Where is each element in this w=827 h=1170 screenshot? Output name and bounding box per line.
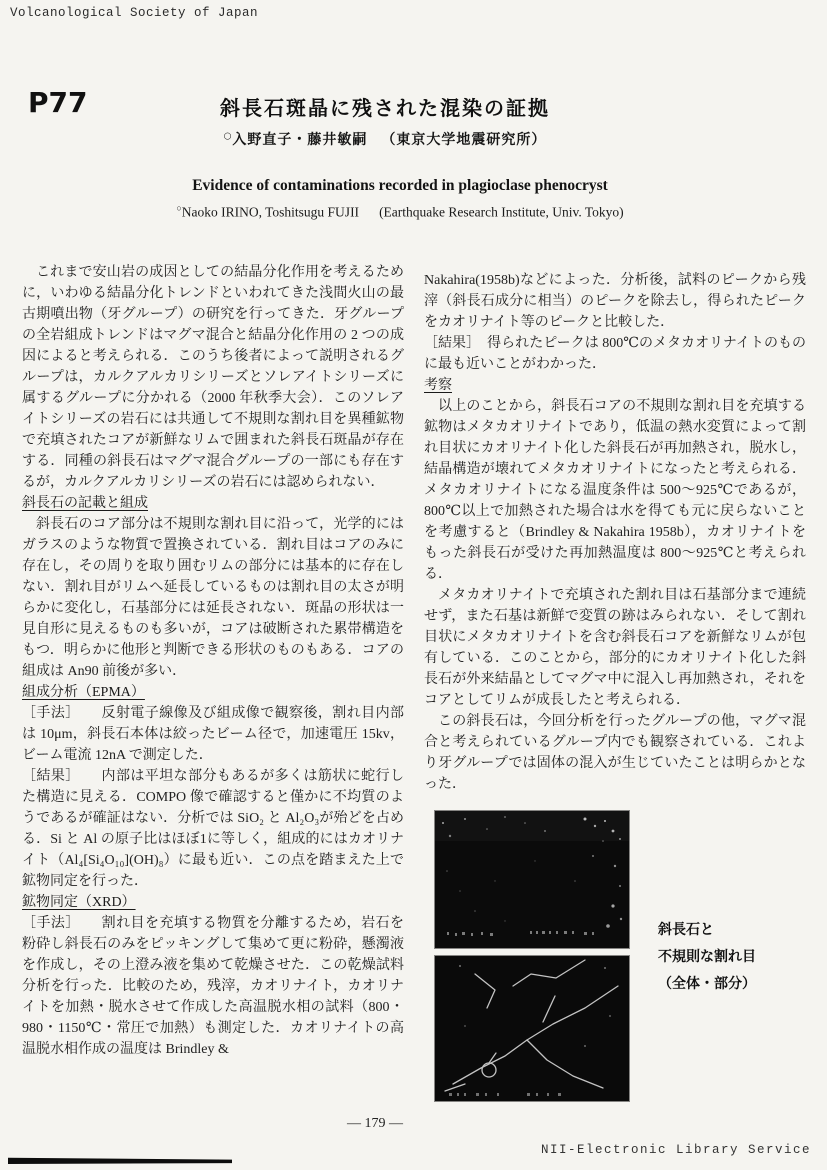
discussion-paragraph-3: この斜長石は，今回分析を行ったグループの他，マグマ混合と考えられているグループ内… (424, 711, 806, 795)
discussion-paragraph-2: メタカオリナイトで充填された割れ目は石基部分まで連続せず，また石基は新鮮で変質の… (424, 585, 806, 711)
section-heading-discussion: 考察 (424, 375, 806, 396)
page-title-english: Evidence of contaminations recorded in p… (100, 177, 700, 195)
author-names-en: Naoko IRINO, Toshitsugu FUJII (182, 205, 359, 220)
epma-method-paragraph: ［手法］ 反射電子線像及び組成像で観察後，割れ目内部は 10μm，斜長石本体は絞… (22, 703, 404, 766)
page-number: — 179 — (320, 1116, 430, 1132)
figure-caption-line: （全体・部分） (658, 971, 756, 998)
scan-artifact-bar (8, 1157, 232, 1164)
intro-paragraph: これまで安山岩の成因としての結晶分化作用を考えるために，いわゆる結晶分化トレンド… (22, 262, 404, 493)
affiliation-en: (Earthquake Research Institute, Univ. To… (379, 205, 624, 220)
figure-caption-line: 斜長石と (658, 917, 756, 944)
left-column: これまで安山岩の成因としての結晶分化作用を考えるために，いわゆる結晶分化トレンド… (22, 262, 404, 1060)
sem-photo-closeup (435, 956, 629, 1101)
plagioclase-description-paragraph: 斜長石のコア部分は不規則な割れ目に沿って，光学的にはガラスのような物質で置換され… (22, 514, 404, 682)
xrd-method-continuation-paragraph: Nakahira(1958b)などによった．分析後，試料のピークから残滓（斜長石… (424, 270, 806, 333)
sem-photos (435, 811, 629, 1101)
xrd-result-paragraph: ［結果］ 得られたピークは 800℃のメタカオリナイトのものに最も近いことがわか… (424, 333, 806, 375)
author-names-ja: 入野直子・藤井敏嗣 (232, 132, 367, 148)
paper-number: P77 (28, 86, 88, 119)
scanned-abstract-page: Volcanological Society of Japan P77 斜長石斑… (0, 0, 827, 1170)
right-column: Nakahira(1958b)などによった．分析後，試料のピークから残滓（斜長石… (424, 270, 806, 1131)
discussion-paragraph-1: 以上のことから，斜長石コアの不規則な割れ目を充填する鉱物はメタカオリナイトであり… (424, 396, 806, 585)
epma-result-paragraph: ［結果］ 内部は平坦な部分もあるが多くは筋状に蛇行した構造に見える．COMPO … (22, 766, 404, 892)
library-service-footer: NII-Electronic Library Service (541, 1143, 811, 1157)
authors-japanese: ○入野直子・藤井敏嗣（東京大学地震研究所） (150, 129, 620, 149)
figure-caption-line: 不規則な割れ目 (658, 944, 756, 971)
xrd-method-paragraph: ［手法］ 割れ目を充填する物質を分離するため，岩石を粉砕し斜長石のみをピッキング… (22, 913, 404, 1060)
page-title-japanese: 斜長石斑晶に残された混染の証拠 (150, 92, 620, 121)
section-heading-xrd: 鉱物同定（XRD） (22, 892, 404, 913)
sem-photo-overview (435, 811, 629, 948)
figure-caption: 斜長石と 不規則な割れ目 （全体・部分） (658, 917, 756, 998)
affiliation-ja: （東京大学地震研究所） (381, 132, 546, 148)
authors-english: ○Naoko IRINO, Toshitsugu FUJII(Earthquak… (100, 203, 700, 221)
section-heading-epma: 組成分析（EPMA） (22, 682, 404, 703)
section-heading-plagioclase: 斜長石の記載と組成 (22, 493, 404, 514)
library-header: Volcanological Society of Japan (10, 6, 258, 20)
figure-block: 斜長石と 不規則な割れ目 （全体・部分） (424, 811, 806, 1131)
